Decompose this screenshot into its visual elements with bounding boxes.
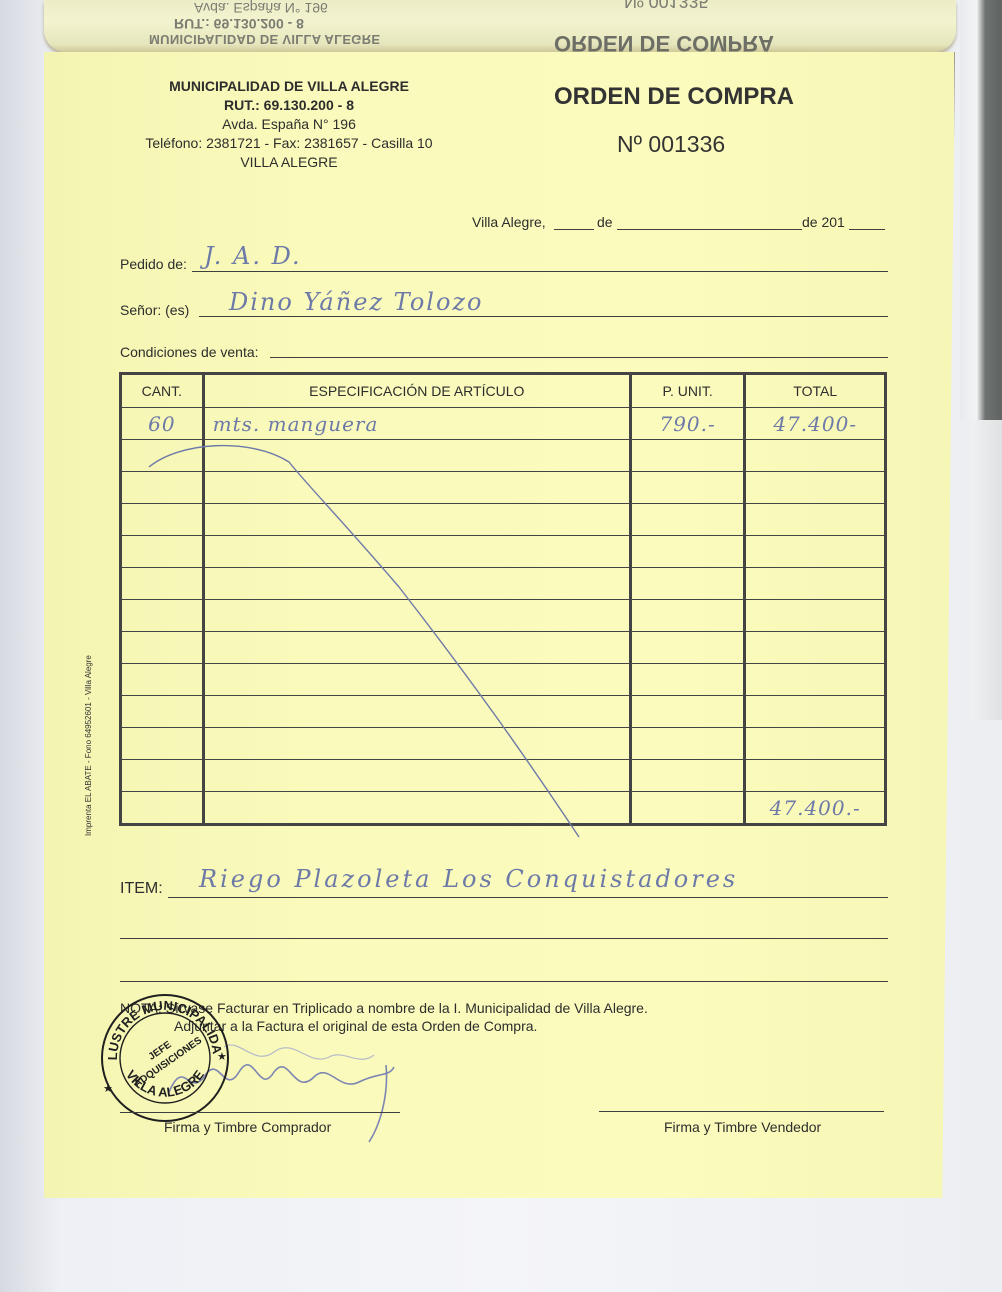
cell-total[interactable] — [745, 472, 886, 504]
cell-total[interactable]: 47.400.- — [745, 792, 886, 825]
cell-punit[interactable] — [630, 504, 745, 536]
purchase-order-sheet: MUNICIPALIDAD DE VILLA ALEGRE RUT.: 69.1… — [44, 52, 955, 1198]
mirrored-rut: RUT.: 69.130.200 - 8 — [174, 16, 304, 32]
cell-punit[interactable] — [630, 600, 745, 632]
pedido-value[interactable]: J. A. D. — [204, 242, 302, 270]
cell-punit[interactable] — [630, 472, 745, 504]
cell-total[interactable] — [745, 568, 886, 600]
pedido-label: Pedido de: — [120, 256, 187, 272]
scanner-background-edge — [960, 0, 1002, 420]
buyer-signature-label: Firma y Timbre Comprador — [164, 1119, 331, 1135]
cell-punit[interactable] — [630, 568, 745, 600]
cell-total[interactable] — [745, 728, 886, 760]
senor-value[interactable]: Dino Yáñez Tolozo — [229, 288, 484, 316]
seller-signature-line[interactable] — [599, 1111, 884, 1112]
cell-punit[interactable]: 790.- — [630, 408, 745, 440]
star-icon: ★ — [103, 1083, 113, 1095]
item-line-3[interactable] — [120, 981, 888, 982]
pedido-line — [192, 271, 888, 272]
star-icon: ★ — [217, 1051, 227, 1063]
cell-punit[interactable] — [630, 696, 745, 728]
date-de-label: de — [597, 214, 613, 230]
cell-total[interactable] — [745, 664, 886, 696]
header-cant: CANT. — [121, 374, 204, 408]
cell-total[interactable] — [745, 696, 886, 728]
date-month-line[interactable] — [617, 229, 802, 230]
curled-back-sheet: Avda. España N° 196 RUT.: 69.130.200 - 8… — [44, 0, 956, 52]
date-day-line[interactable] — [554, 229, 594, 230]
senor-line — [199, 316, 888, 317]
cell-total[interactable] — [745, 440, 886, 472]
mirrored-title: ORDEN DE COMPRA — [554, 30, 774, 52]
header-punit: P. UNIT. — [630, 374, 745, 408]
issuer-address: Avda. España N° 196 — [99, 116, 479, 132]
date-year-label: de 201 — [802, 214, 845, 230]
item-line-2[interactable] — [120, 938, 888, 939]
municipal-stamp: ILUSTRE MUNICIPALIDAD VILLA ALEGRE JEFE … — [99, 992, 231, 1124]
issuer-city: VILLA ALEGRE — [99, 154, 479, 170]
cell-total[interactable] — [745, 600, 886, 632]
cell-punit[interactable] — [630, 760, 745, 792]
cell-total[interactable] — [745, 536, 886, 568]
date-year-line[interactable] — [849, 229, 885, 230]
strikethrough-pen-mark — [139, 437, 639, 847]
cell-punit[interactable] — [630, 664, 745, 696]
header-especificacion: ESPECIFICACIÓN DE ARTÍCULO — [203, 374, 630, 408]
table-row: 60mts. manguera790.-47.400- — [121, 408, 886, 440]
item-line-1 — [168, 897, 888, 898]
cell-punit[interactable] — [630, 440, 745, 472]
header-total: TOTAL — [745, 374, 886, 408]
issuer-contact: Teléfono: 2381721 - Fax: 2381657 - Casil… — [99, 135, 479, 151]
senor-label: Señor: (es) — [120, 302, 189, 318]
table-header-row: CANT. ESPECIFICACIÓN DE ARTÍCULO P. UNIT… — [121, 374, 886, 408]
cell-punit[interactable] — [630, 792, 745, 825]
mirrored-number: Nº 001335 — [624, 0, 709, 11]
cell-total[interactable] — [745, 632, 886, 664]
scanner-background-edge — [972, 420, 1002, 720]
cell-total[interactable]: 47.400- — [745, 408, 886, 440]
mirrored-address: Avda. España N° 196 — [194, 0, 328, 16]
document-title: ORDEN DE COMPRA — [554, 83, 794, 111]
cell-punit[interactable] — [630, 728, 745, 760]
cell-punit[interactable] — [630, 536, 745, 568]
printer-imprint: Imprenta EL ABATE - Fono 64952601 - Vill… — [84, 655, 93, 836]
cell-total[interactable] — [745, 760, 886, 792]
item-value[interactable]: Riego Plazoleta Los Conquistadores — [199, 865, 738, 893]
buyer-signature-line[interactable] — [120, 1112, 400, 1113]
cell-total[interactable] — [745, 504, 886, 536]
cell-cant[interactable]: 60 — [121, 408, 204, 440]
cell-especificacion[interactable]: mts. manguera — [203, 408, 630, 440]
issuer-name: MUNICIPALIDAD DE VILLA ALEGRE — [99, 78, 479, 94]
date-place-label: Villa Alegre, — [472, 214, 546, 230]
issuer-rut: RUT.: 69.130.200 - 8 — [99, 97, 479, 113]
cell-punit[interactable] — [630, 632, 745, 664]
condiciones-label: Condiciones de venta: — [120, 344, 259, 360]
condiciones-line[interactable] — [270, 357, 888, 358]
order-number: Nº 001336 — [617, 131, 725, 158]
item-label: ITEM: — [120, 880, 163, 898]
mirrored-issuer: MUNICIPALIDAD DE VILLA ALEGRE — [149, 32, 380, 47]
seller-signature-label: Firma y Timbre Vendedor — [664, 1119, 821, 1135]
